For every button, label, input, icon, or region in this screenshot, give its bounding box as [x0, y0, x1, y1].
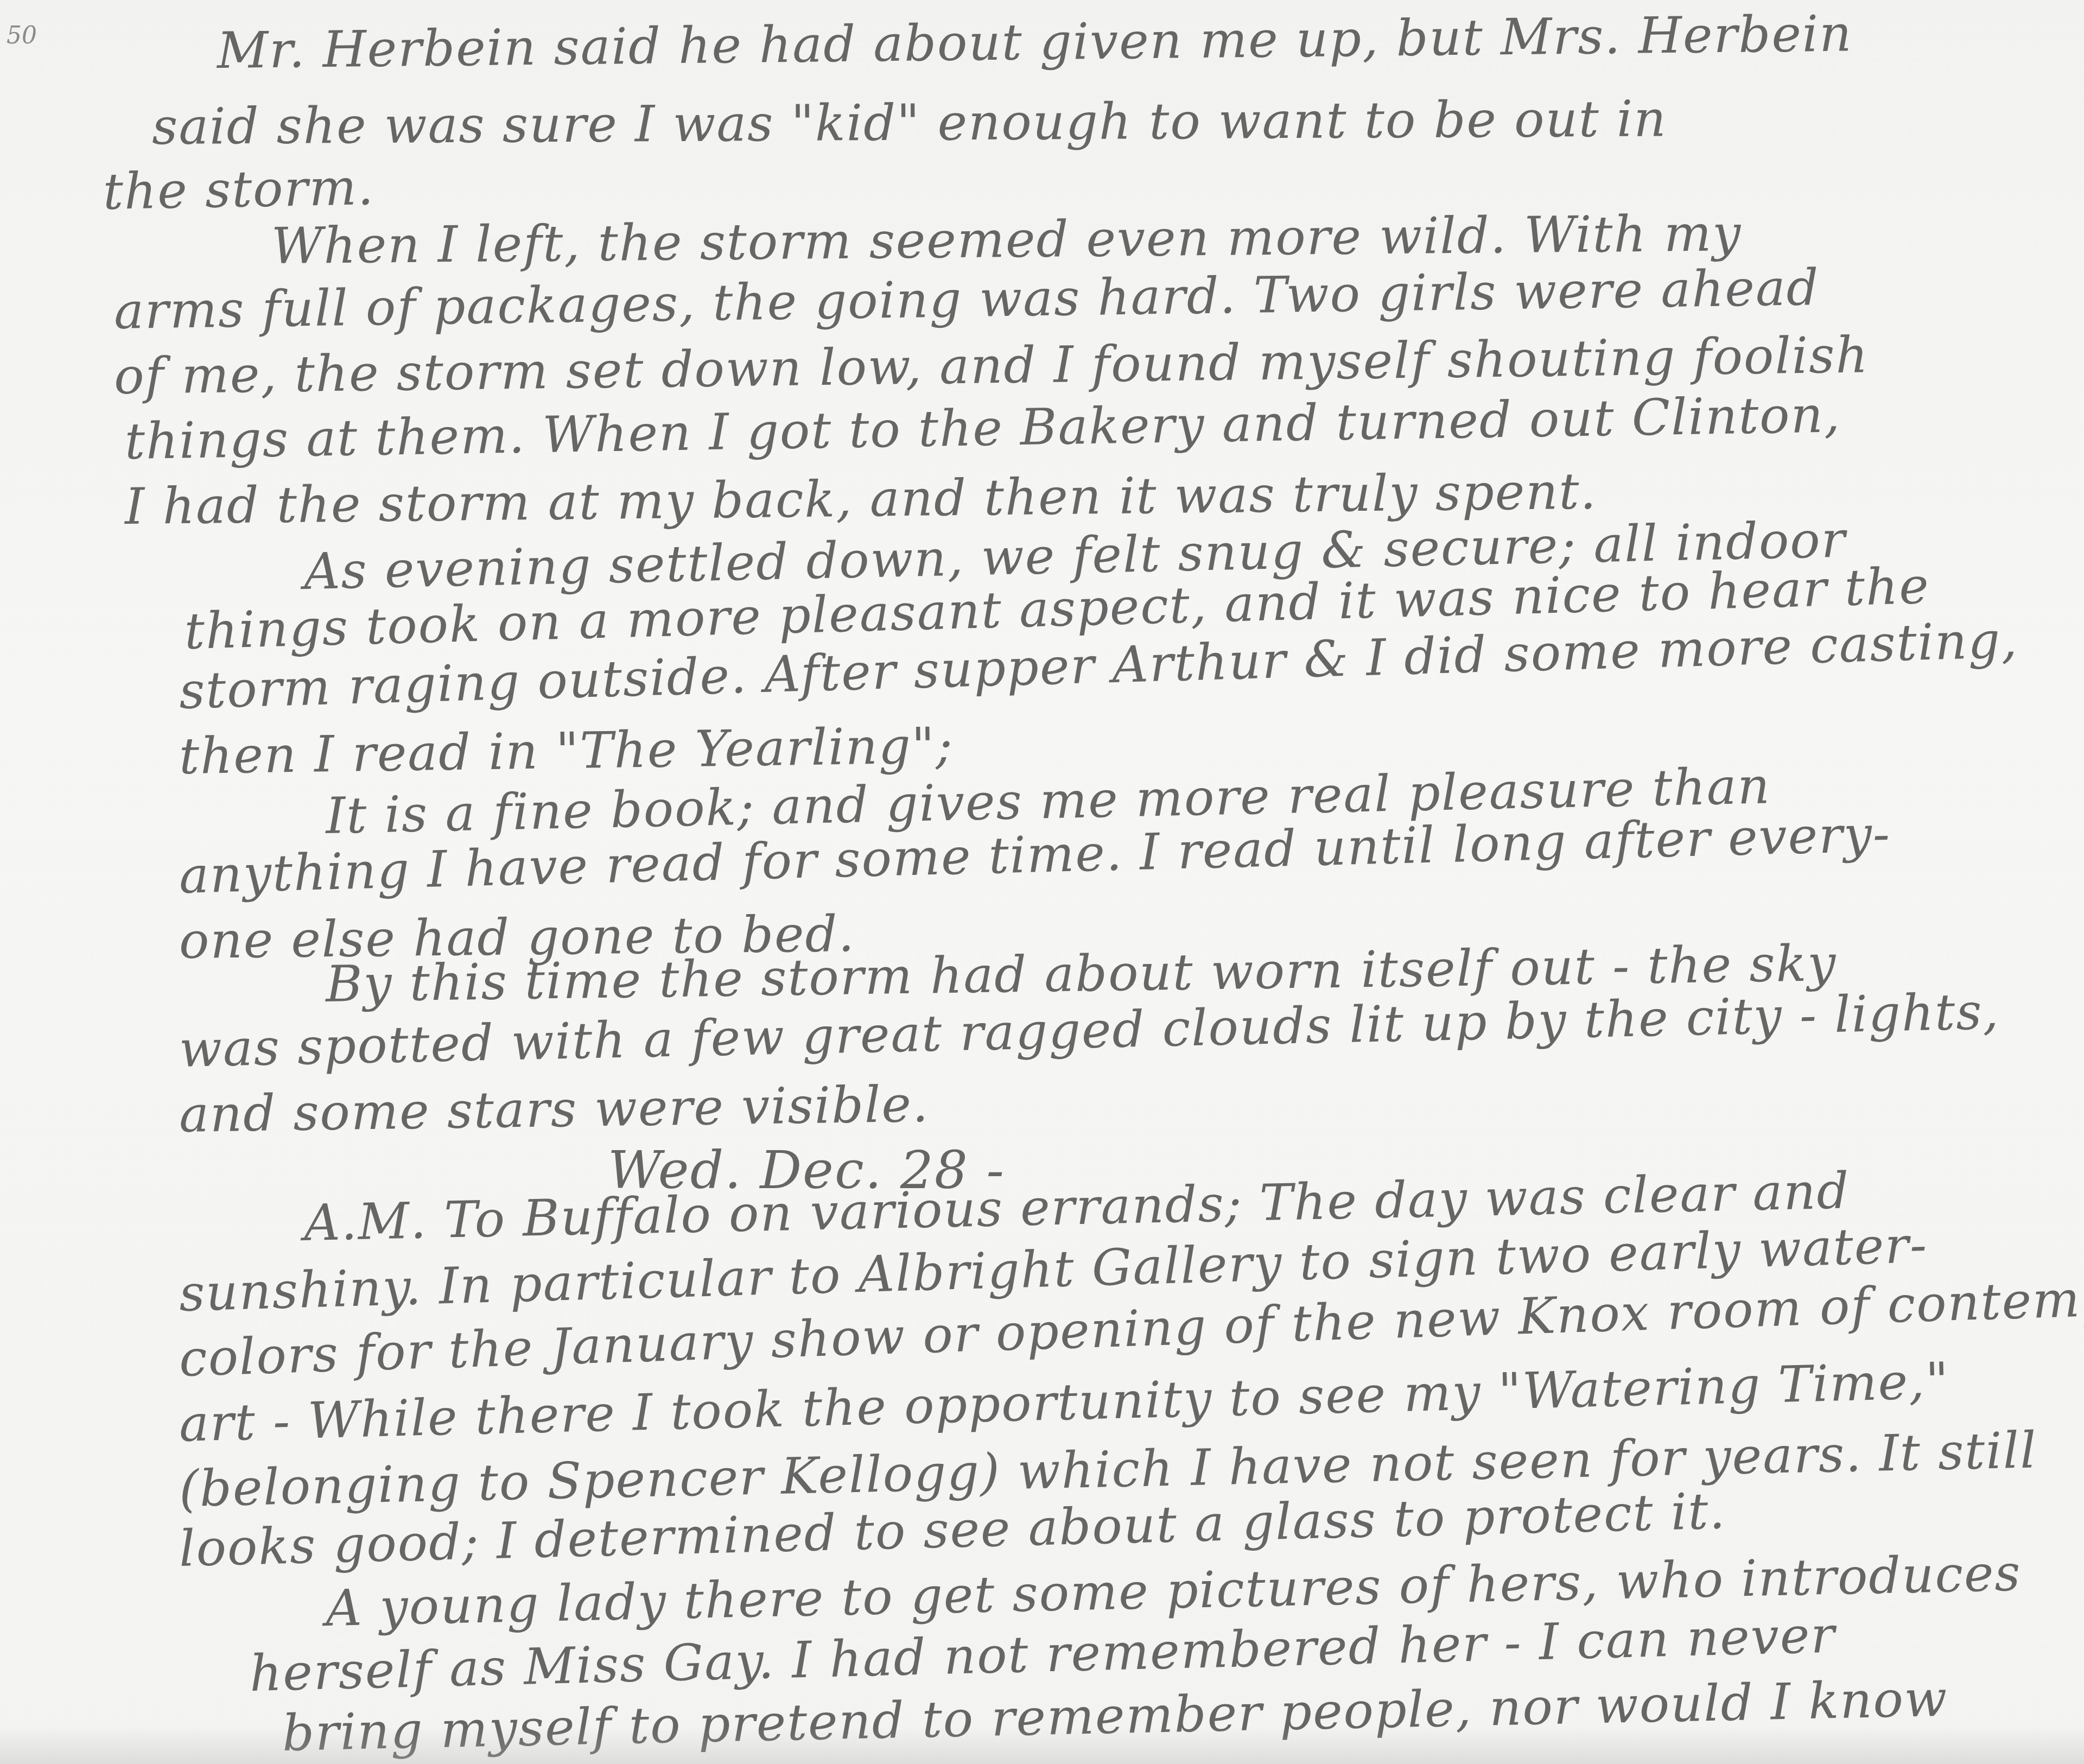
- text-line: and some stars were visible.: [179, 1075, 929, 1144]
- text-line: Mr. Herbein said he had about given me u…: [217, 4, 1853, 80]
- page-edge-shadow: [0, 1726, 2084, 1764]
- text-line: then I read in "The Yearling";: [179, 716, 954, 785]
- journal-page: 50 Mr. Herbein said he had about given m…: [0, 0, 2084, 1764]
- page-number: 50: [7, 22, 37, 49]
- text-line: said she was sure I was "kid" enough to …: [152, 90, 1667, 156]
- text-line: the storm.: [103, 158, 375, 221]
